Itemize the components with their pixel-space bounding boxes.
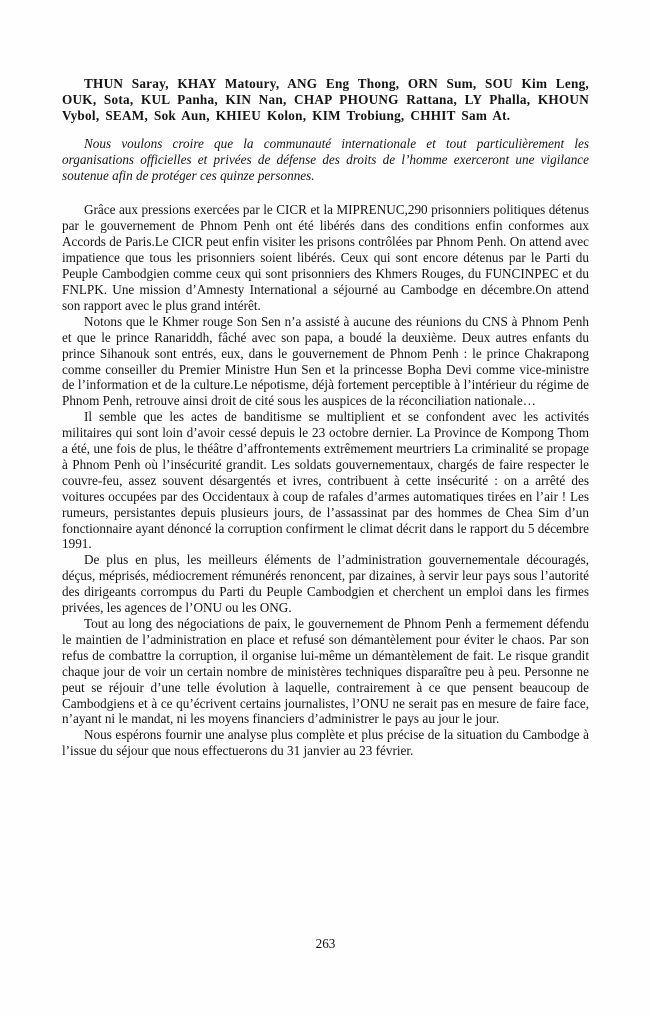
body-paragraph-4: De plus en plus, les meilleurs éléments … — [62, 552, 589, 616]
page-number: 263 — [62, 936, 589, 952]
signatories-paragraph: THUN Saray, KHAY Matoury, ANG Eng Thong,… — [62, 76, 589, 124]
body-paragraph-5: Tout au long des négociations de paix, l… — [62, 616, 589, 727]
body-paragraph-1: Grâce aux pressions exercées par le CICR… — [62, 202, 589, 313]
body-paragraph-6: Nous espérons fournir une analyse plus c… — [62, 727, 589, 759]
body-paragraph-3: Il semble que les actes de banditisme se… — [62, 409, 589, 552]
text-column: THUN Saray, KHAY Matoury, ANG Eng Thong,… — [62, 76, 589, 759]
body-paragraph-2: Notons que le Khmer rouge Son Sen n’a as… — [62, 314, 589, 409]
document-page: THUN Saray, KHAY Matoury, ANG Eng Thong,… — [0, 0, 650, 1016]
lead-italic-paragraph: Nous voulons croire que la communauté in… — [62, 136, 589, 184]
